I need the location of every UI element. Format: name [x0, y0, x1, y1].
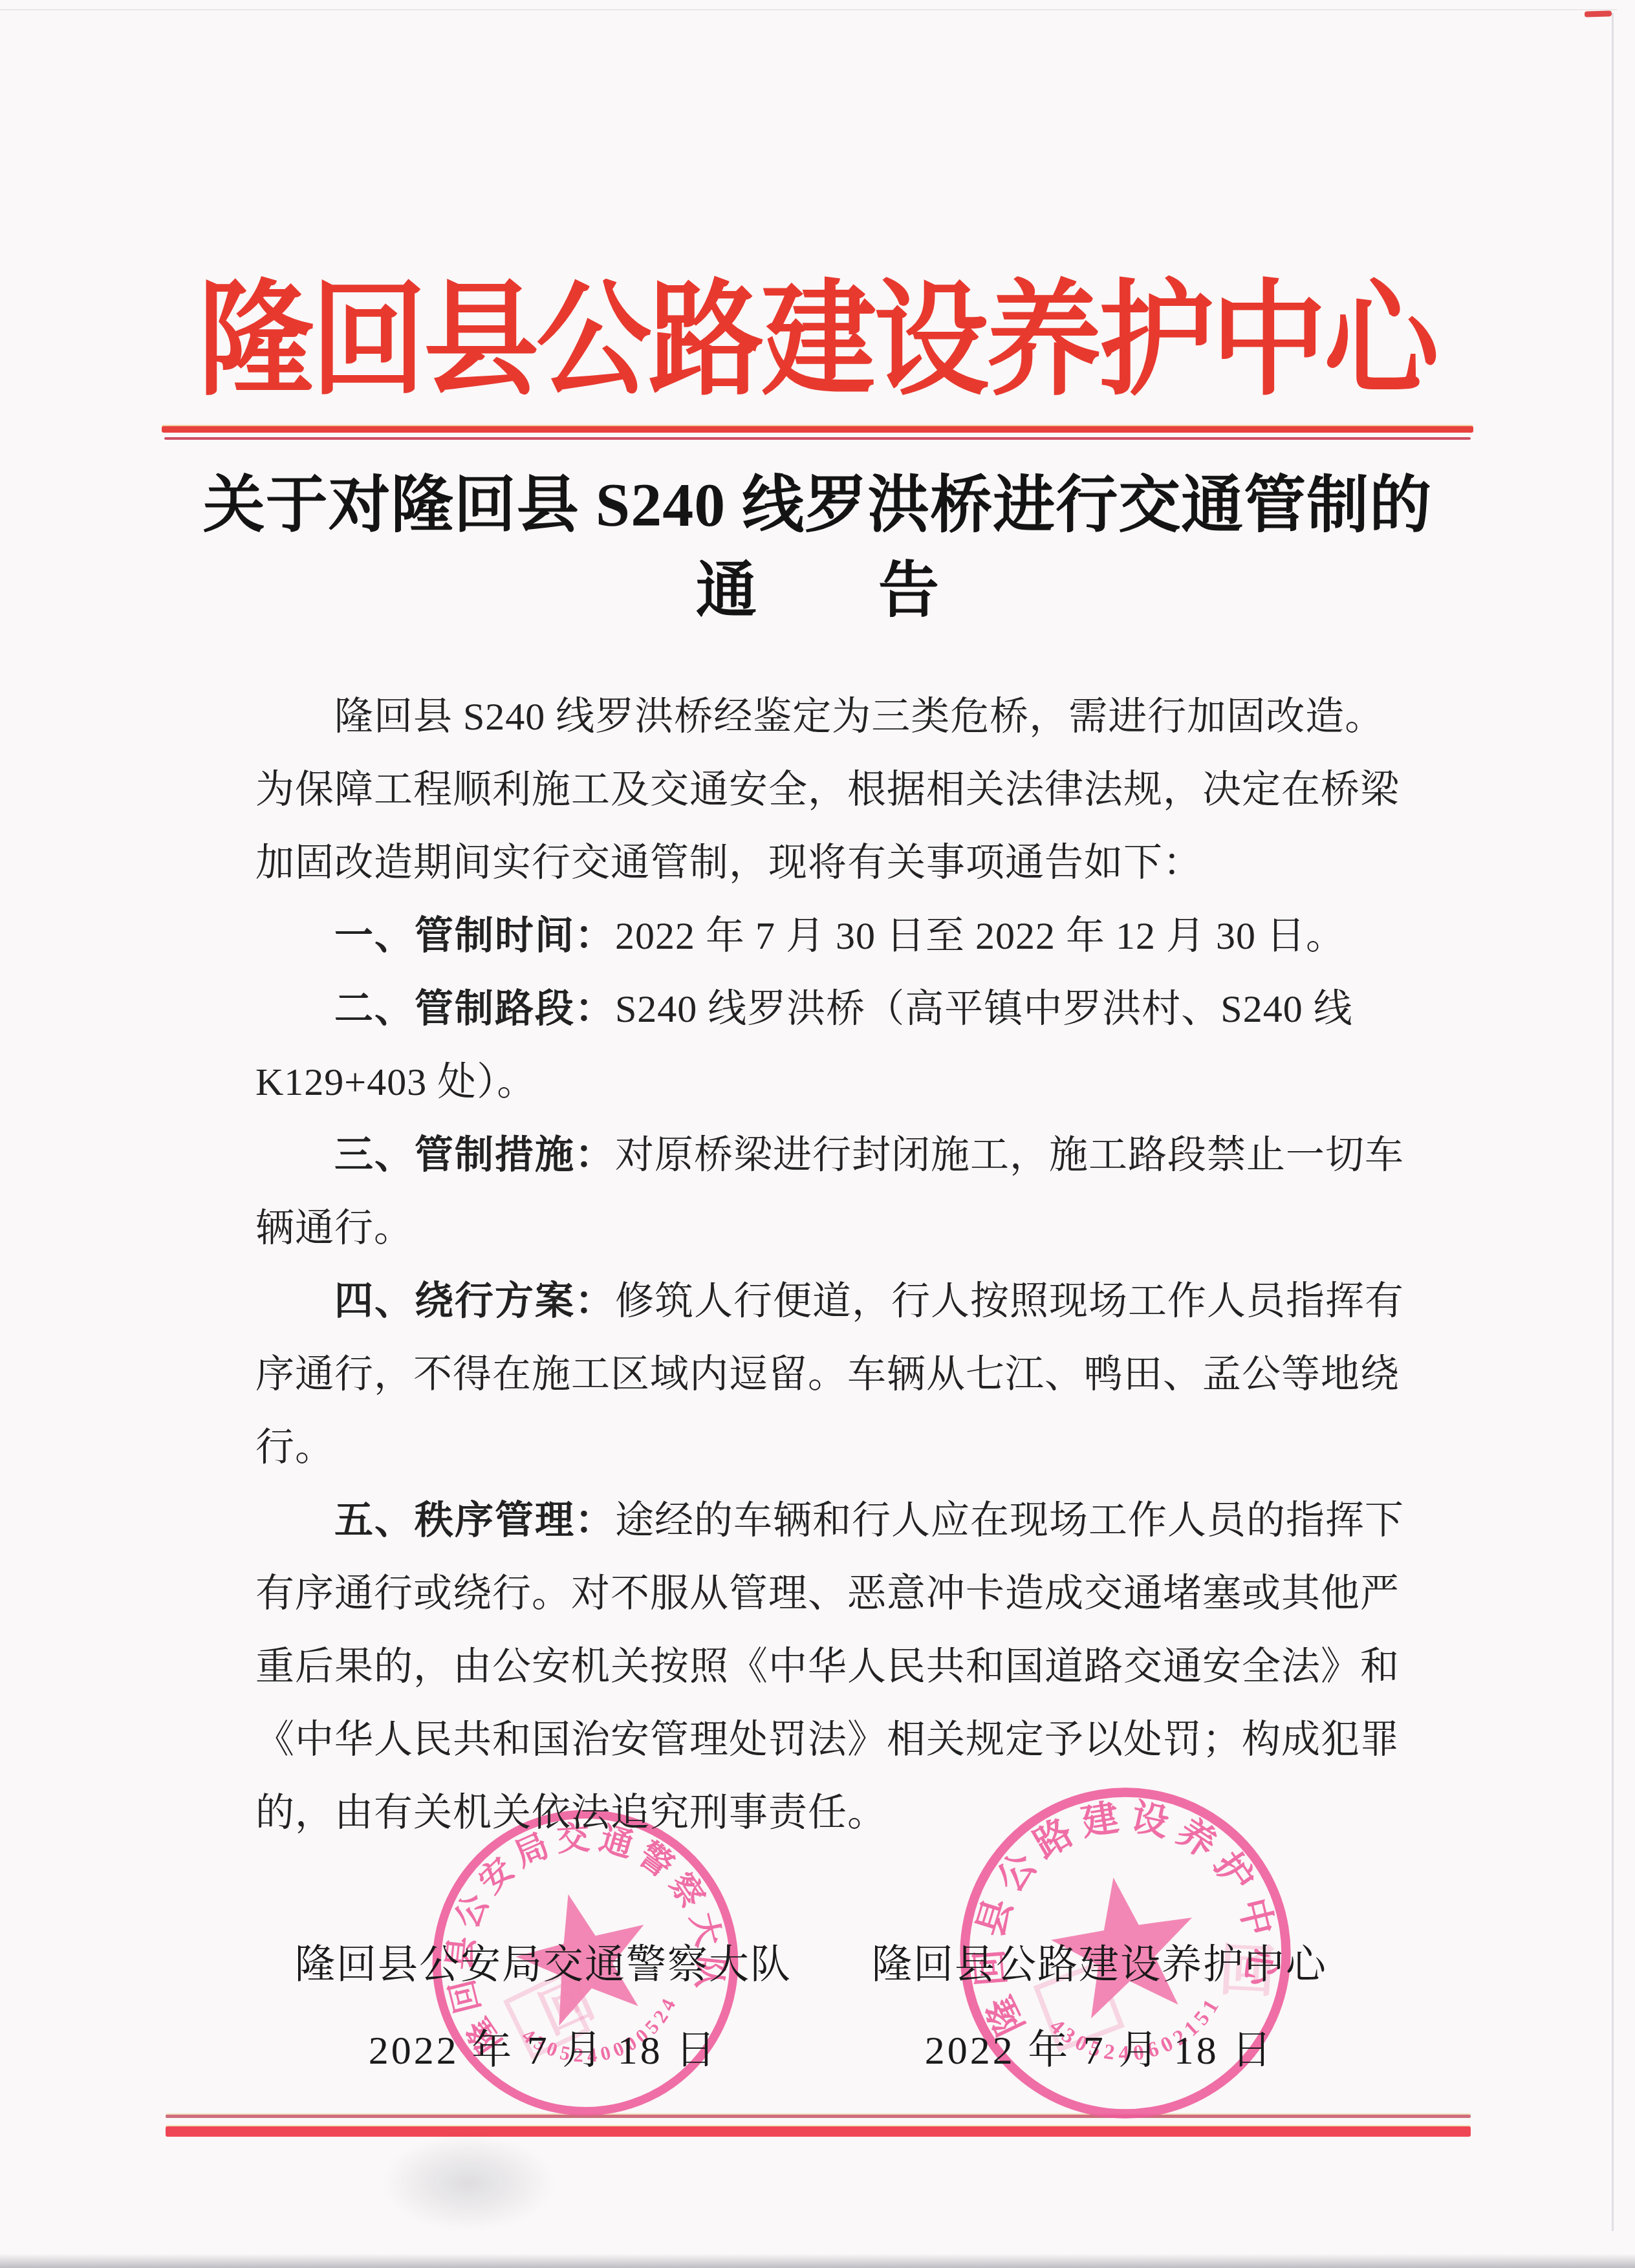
- bottom-rule-thin: [166, 2115, 1471, 2118]
- body-line: 行。: [255, 1411, 1394, 1484]
- signature-left-name: 隆回县公安局交通警察大队: [272, 1932, 815, 1990]
- body-line: 《中华人民共和国治安管理处罚法》相关规定予以处罚；构成犯罪: [255, 1703, 1394, 1777]
- scanned-notice-page: 隆回县公路建设养护中心 关于对隆回县 S240 线罗洪桥进行交通管制的 通 告 …: [0, 0, 1635, 2268]
- body-line: 重后果的，由公安机关按照《中华人民共和国道路交通安全法》和: [255, 1630, 1394, 1703]
- body-line: 五、秩序管理：途经的车辆和行人应在现场工作人员的指挥下: [255, 1484, 1394, 1557]
- bottom-rule-thick: [166, 2126, 1471, 2137]
- notice-title-line2: 通 告: [0, 555, 1635, 627]
- notice-title-line1: 关于对隆回县 S240 线罗洪桥进行交通管制的: [0, 467, 1635, 543]
- scan-red-dash: [1585, 10, 1612, 17]
- body-line: 的，由有关机关依法追究刑事责任。: [255, 1777, 1394, 1850]
- signature-right-date: 2022 年 7 月 18 日: [828, 2018, 1371, 2075]
- body-line: 二、管制路段：S240 线罗洪桥（高平镇中罗洪村、S240 线: [255, 973, 1394, 1046]
- body-line: 辆通行。: [255, 1192, 1394, 1265]
- body-line: 为保障工程顺利施工及交通安全，根据相关法律法规，决定在桥梁: [255, 753, 1394, 826]
- notice-body: 隆回县 S240 线罗洪桥经鉴定为三类危桥，需进行加固改造。 为保障工程顺利施工…: [255, 680, 1394, 1850]
- scan-edge-bottom: [0, 2254, 1635, 2268]
- body-line: K129+403 处）。: [255, 1046, 1394, 1119]
- body-line: 三、管制措施：对原桥梁进行封闭施工，施工路段禁止一切车: [255, 1119, 1394, 1192]
- body-line: 四、绕行方案：修筑人行便道，行人按照现场工作人员指挥有: [255, 1265, 1394, 1338]
- body-line: 一、管制时间：2022 年 7 月 30 日至 2022 年 12 月 30 日…: [255, 900, 1394, 973]
- body-line: 隆回县 S240 线罗洪桥经鉴定为三类危桥，需进行加固改造。: [255, 680, 1394, 753]
- body-line: 加固改造期间实行交通管制，现将有关事项通告如下：: [255, 826, 1394, 900]
- letterhead-title: 隆回县公路建设养护中心: [0, 264, 1635, 424]
- letterhead-rule-thick: [162, 426, 1473, 433]
- scan-edge-top: [0, 9, 1617, 10]
- scan-edge-right: [1612, 13, 1614, 2231]
- body-line: 序通行，不得在施工区域内逗留。车辆从七江、鸭田、孟公等地绕: [255, 1338, 1394, 1411]
- signature-left-date: 2022 年 7 月 18 日: [272, 2018, 815, 2075]
- letterhead-rule-thin: [164, 437, 1471, 440]
- signature-right-name: 隆回县公路建设养护中心: [828, 1932, 1371, 1990]
- body-line: 有序通行或绕行。对不服从管理、恶意冲卡造成交通堵塞或其他严: [255, 1557, 1394, 1630]
